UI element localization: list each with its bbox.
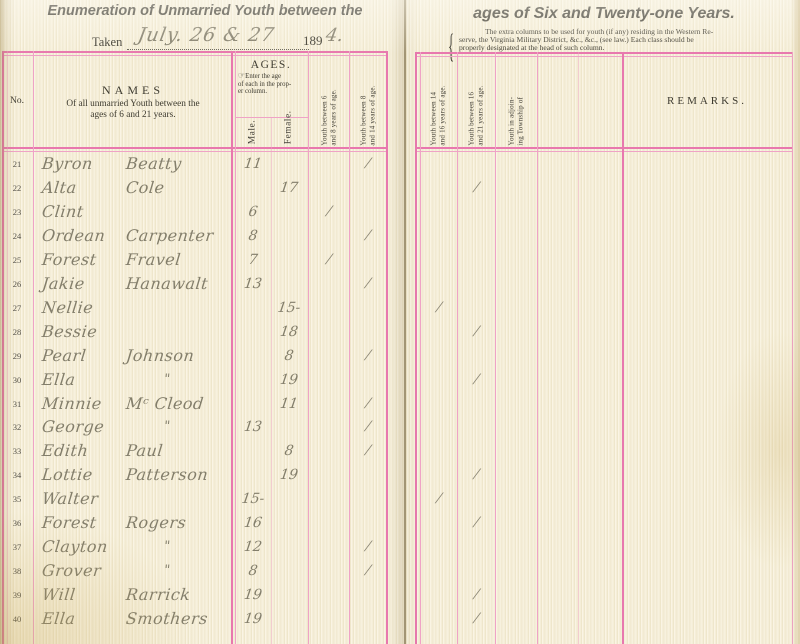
tally-14-16 [418,248,460,272]
taken-label: Taken [92,35,122,50]
tally-8-14: / [347,559,389,583]
age-male: 7 [233,248,272,272]
col-header-youth-8-14: Youth between 8 and 14 years of age. [359,54,376,146]
age-male [233,296,272,320]
tally-14-16 [418,152,460,176]
last-name [125,296,234,320]
tally-6-8 [306,272,352,296]
last-name: Rogers [125,511,234,535]
age-female [268,152,309,176]
tally-8-14: / [347,392,389,416]
first-name: Jakie [41,272,128,296]
col-header-ages-title: AGES. [237,59,305,71]
age-female: 11 [268,392,309,416]
first-name: Forest [41,511,128,535]
table-row: 28 Bessie 18 / [0,320,800,344]
age-female [268,200,309,224]
tally-16-21 [455,272,498,296]
tally-8-14 [347,583,389,607]
tally-6-8 [306,439,352,463]
last-name [125,320,234,344]
row-number: 33 [2,439,32,463]
gutter-crease [404,0,406,644]
tally-6-8 [306,535,352,559]
tally-16-21 [455,296,498,320]
table-row: 32 George " 13 / [0,415,800,439]
tally-8-14 [347,368,389,392]
last-name: Paul [125,439,234,463]
col-header-names-sub: Of all unmarried Youth between the ages … [36,99,230,121]
tally-6-8 [306,392,352,416]
rule [415,147,793,149]
age-male [233,392,272,416]
table-row: 36 Forest Rogers 16 / [0,511,800,535]
age-male [233,344,272,368]
tally-6-8: / [306,248,352,272]
last-name: Hanawalt [125,272,234,296]
tally-8-14 [347,200,389,224]
tally-8-14 [347,511,389,535]
tally-8-14 [347,296,389,320]
page-title-right: ages of Six and Twenty-one Years. [415,5,793,23]
tally-6-8 [306,583,352,607]
first-name: Will [41,583,128,607]
table-row: 26 Jakie Hanawalt 13 / [0,272,800,296]
first-name: Nellie [41,296,128,320]
tally-14-16 [418,415,460,439]
first-name: Clayton [41,535,128,559]
table-row: 40 Ella Smothers 19 / [0,607,800,631]
row-number: 32 [2,415,32,439]
last-name: Carpenter [125,224,234,248]
col-header-remarks: REMARKS. [624,95,790,107]
col-header-township: Youth in adjoin- ing Township of [507,54,524,146]
age-female [268,224,309,248]
last-name: Smothers [125,607,234,631]
first-name: Ella [41,368,128,392]
age-male: 15- [233,487,272,511]
age-male: 13 [233,272,272,296]
age-female: 19 [268,463,309,487]
last-name [125,487,234,511]
first-name: Grover [41,559,128,583]
first-name: Forest [41,248,128,272]
age-female: 19 [268,368,309,392]
tally-6-8 [306,368,352,392]
tally-16-21: / [455,463,498,487]
first-name: Ordean [41,224,128,248]
age-male: 11 [233,152,272,176]
row-number: 27 [2,296,32,320]
tally-14-16: / [418,296,460,320]
last-name: Beatty [125,152,234,176]
extra-columns-note: The extra columns to be used for youth (… [459,28,793,53]
tally-8-14 [347,487,389,511]
first-name: Walter [41,487,128,511]
age-female [268,487,309,511]
tally-16-21 [455,439,498,463]
tally-6-8 [306,344,352,368]
row-number: 35 [2,487,32,511]
tally-6-8 [306,487,352,511]
tally-14-16 [418,176,460,200]
row-number: 30 [2,368,32,392]
col-header-youth-16-21: Youth between 16 and 21 years of age. [467,54,484,146]
col-header-female: Female. [285,86,294,144]
table-row: 21 Byron Beatty 11 / [0,152,800,176]
tally-6-8 [306,415,352,439]
row-number: 34 [2,463,32,487]
table-row: 22 Alta Cole 17 / [0,176,800,200]
age-female [268,535,309,559]
age-female [268,511,309,535]
last-name: Fravel [125,248,234,272]
tally-16-21: / [455,368,498,392]
tally-16-21 [455,415,498,439]
tally-14-16 [418,272,460,296]
age-male: 13 [233,415,272,439]
age-male [233,463,272,487]
taken-year-handwriting: 4. [324,25,345,46]
tally-16-21 [455,487,498,511]
col-header-youth-6-8: Youth between 6 and 8 years of age. [320,54,337,146]
age-male [233,439,272,463]
age-male [233,368,272,392]
age-female [268,559,309,583]
table-row: 29 Pearl Johnson 8 / [0,344,800,368]
tally-6-8 [306,559,352,583]
table-row: 38 Grover " 8 / [0,559,800,583]
col-header-names-title: NAMES [36,83,230,98]
taken-date-handwriting: July. 26 & 27 [136,24,276,46]
row-number: 21 [2,152,32,176]
tally-6-8 [306,607,352,631]
age-male: 16 [233,511,272,535]
table-row: 33 Edith Paul 8 / [0,439,800,463]
tally-8-14: / [347,415,389,439]
age-male: 8 [233,559,272,583]
age-female: 17 [268,176,309,200]
first-name: Bessie [41,320,128,344]
tally-14-16 [418,224,460,248]
rule [2,147,388,149]
age-male: 8 [233,224,272,248]
tally-8-14: / [347,152,389,176]
row-number: 31 [2,392,32,416]
note-brace: { [448,26,454,68]
age-male [233,176,272,200]
row-number: 39 [2,583,32,607]
first-name: Edith [41,439,128,463]
age-female [268,272,309,296]
tally-16-21 [455,392,498,416]
tally-14-16: / [418,487,460,511]
table-row: 30 Ella " 19 / [0,368,800,392]
tally-14-16 [418,392,460,416]
tally-14-16 [418,344,460,368]
table-row: 31 Minnie Mᶜ Cleod 11 / [0,392,800,416]
tally-16-21: / [455,176,498,200]
tally-8-14: / [347,535,389,559]
tally-16-21 [455,200,498,224]
tally-14-16 [418,463,460,487]
tally-14-16 [418,511,460,535]
tally-14-16 [418,200,460,224]
tally-16-21: / [455,320,498,344]
table-row: 35 Walter 15- / [0,487,800,511]
row-number: 24 [2,224,32,248]
tally-14-16 [418,368,460,392]
tally-8-14 [347,176,389,200]
tally-8-14: / [347,344,389,368]
age-female [268,607,309,631]
age-female: 18 [268,320,309,344]
tally-14-16 [418,320,460,344]
first-name: Pearl [41,344,128,368]
table-row: 37 Clayton " 12 / [0,535,800,559]
tally-8-14 [347,463,389,487]
last-name: Johnson [125,344,234,368]
age-female [268,583,309,607]
tally-16-21 [455,152,498,176]
tally-14-16 [418,583,460,607]
tally-16-21 [455,224,498,248]
tally-8-14: / [347,224,389,248]
table-row: 39 Will Rarrick 19 / [0,583,800,607]
tally-8-14: / [347,439,389,463]
age-male: 19 [233,583,272,607]
age-male: 6 [233,200,272,224]
tally-8-14 [347,248,389,272]
last-name: Mᶜ Cleod [125,392,234,416]
table-row: 23 Clint 6 / [0,200,800,224]
first-name: Ella [41,607,128,631]
tally-6-8 [306,320,352,344]
tally-6-8 [306,224,352,248]
taken-year-printed: 189 [303,33,323,49]
tally-6-8 [306,296,352,320]
row-number: 28 [2,320,32,344]
tally-8-14 [347,607,389,631]
row-number: 36 [2,511,32,535]
age-female: 8 [268,344,309,368]
age-female [268,248,309,272]
tally-16-21 [455,559,498,583]
tally-14-16 [418,535,460,559]
row-number: 22 [2,176,32,200]
tally-16-21 [455,535,498,559]
page-title-left: Enumeration of Unmarried Youth between t… [28,3,382,19]
tally-6-8 [306,463,352,487]
col-header-male: Male. [249,86,258,144]
tally-16-21 [455,344,498,368]
tally-16-21: / [455,583,498,607]
tally-16-21: / [455,607,498,631]
age-male: 19 [233,607,272,631]
last-name: Patterson [125,463,234,487]
table-row: 24 Ordean Carpenter 8 / [0,224,800,248]
taken-fill-line [127,49,309,50]
tally-6-8 [306,152,352,176]
row-number: 40 [2,607,32,631]
tally-16-21: / [455,511,498,535]
first-name: Alta [41,176,128,200]
age-female: 8 [268,439,309,463]
age-male: 12 [233,535,272,559]
tally-8-14 [347,320,389,344]
row-number: 23 [2,200,32,224]
ledger-scan: Enumeration of Unmarried Youth between t… [0,0,800,644]
col-header-youth-14-16: Youth between 14 and 16 years of age. [429,54,446,146]
row-number: 25 [2,248,32,272]
tally-6-8 [306,511,352,535]
row-number: 26 [2,272,32,296]
tally-8-14: / [347,272,389,296]
tally-14-16 [418,439,460,463]
last-name: Cole [125,176,234,200]
first-name: Minnie [41,392,128,416]
first-name: Byron [41,152,128,176]
tally-16-21 [455,248,498,272]
age-female: 15- [268,296,309,320]
tally-6-8 [306,176,352,200]
last-name: Rarrick [125,583,234,607]
tally-14-16 [418,607,460,631]
row-number: 38 [2,559,32,583]
row-number: 37 [2,535,32,559]
tally-14-16 [418,559,460,583]
table-row: 34 Lottie Patterson 19 / [0,463,800,487]
table-row: 27 Nellie 15- / [0,296,800,320]
age-male [233,320,272,344]
tally-6-8: / [306,200,352,224]
first-name: Lottie [41,463,128,487]
table-row: 25 Forest Fravel 7 / [0,248,800,272]
age-female [268,415,309,439]
first-name: Clint [41,200,128,224]
first-name: George [41,415,128,439]
row-number: 29 [2,344,32,368]
col-header-no: No. [2,96,32,106]
last-name [125,200,234,224]
ages-note-text: Enter the age of each in the prop- er co… [238,73,291,95]
